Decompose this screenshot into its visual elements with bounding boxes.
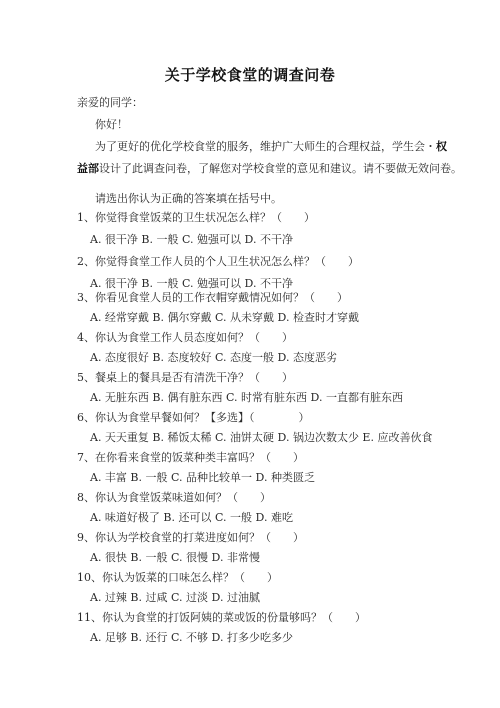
question-7: 7、在你看来食堂的饭菜种类丰富吗？（ ） xyxy=(77,451,304,465)
intro-bold: 益部 xyxy=(77,162,99,175)
question-11: 11、你认为食堂的打饭阿姨的菜或饭的份量够吗？（ ） xyxy=(77,611,366,625)
options-7: A. 丰富 B. 一般 C. 品种比较单一 D. 种类匮乏 xyxy=(90,471,315,485)
question-9: 9、你认为学校食堂的打菜进度如何？（ ） xyxy=(77,531,304,545)
options-4: A. 态度很好 B. 态度较好 C. 态度一般 D. 态度恶劣 xyxy=(90,351,337,365)
options-8: A. 味道好极了 B. 还可以 C. 一般 D. 难吃 xyxy=(90,511,293,525)
instruction: 请选出你认为正确的答案填在括号中。 xyxy=(95,192,282,206)
options-6: A. 天天重复 B. 稀饭太稀 C. 油饼太硬 D. 锅边次数太少 E. 应改善… xyxy=(90,431,432,445)
options-9: A. 很快 B. 一般 C. 很慢 D. 非常慢 xyxy=(90,551,260,565)
question-6: 6、你认为食堂早餐如何？【多选】（ ） xyxy=(77,411,310,425)
question-1: 1、你觉得食堂饭菜的卫生状况怎么样？（ ） xyxy=(77,211,315,225)
intro-text: 为了更好的优化学校食堂的服务，维护广大师生的合理权益，学生会・ xyxy=(95,140,436,153)
question-2: 2、你觉得食堂工作人员的个人卫生状况怎么样？（ ） xyxy=(77,255,359,269)
question-4: 4、你认为食堂工作人员态度如何？（ ） xyxy=(77,331,293,345)
intro-line-1: 为了更好的优化学校食堂的服务，维护广大师生的合理权益，学生会・权 xyxy=(95,140,447,154)
options-11: A. 足够 B. 还行 C. 不够 D. 打多少吃多少 xyxy=(90,631,293,645)
greeting: 你好！ xyxy=(95,118,128,132)
options-10: A. 过辣 B. 过咸 C. 过淡 D. 过油腻 xyxy=(90,591,260,605)
options-5: A. 无脏东西 B. 偶有脏东西 C. 时常有脏东西 D. 一直都有脏东西 xyxy=(90,391,403,405)
document-page: 关于学校食堂的调查问卷 亲爱的同学： 你好！ 为了更好的优化学校食堂的服务，维护… xyxy=(0,0,500,708)
question-8: 8、你认为食堂饭菜味道如何？（ ） xyxy=(77,491,271,505)
salutation: 亲爱的同学： xyxy=(77,96,143,110)
question-10: 10、你认为饭菜的口味怎么样？（ ） xyxy=(77,571,278,585)
question-3: 3、你看见食堂人员的工作衣帽穿戴情况如何？（ ） xyxy=(77,291,348,305)
options-3: A. 经常穿戴 B. 偶尔穿戴 C. 从未穿戴 D. 检查时才穿戴 xyxy=(90,311,359,325)
options-1: A. 很干净 B. 一般 C. 勉强可以 D. 不干净 xyxy=(90,233,293,247)
question-5: 5、餐桌上的餐具是否有清洗干净？（ ） xyxy=(77,371,293,385)
options-2: A. 很干净 B. 一般 C. 勉强可以 D. 不干净 xyxy=(90,277,293,291)
document-title: 关于学校食堂的调查问卷 xyxy=(0,64,500,85)
intro-bold: 权 xyxy=(436,140,447,153)
intro-text: 设计了此调查问卷，了解您对学校食堂的意见和建议。请不要做无效问卷。 xyxy=(99,162,462,175)
intro-line-2: 益部设计了此调查问卷，了解您对学校食堂的意见和建议。请不要做无效问卷。 xyxy=(77,162,462,176)
